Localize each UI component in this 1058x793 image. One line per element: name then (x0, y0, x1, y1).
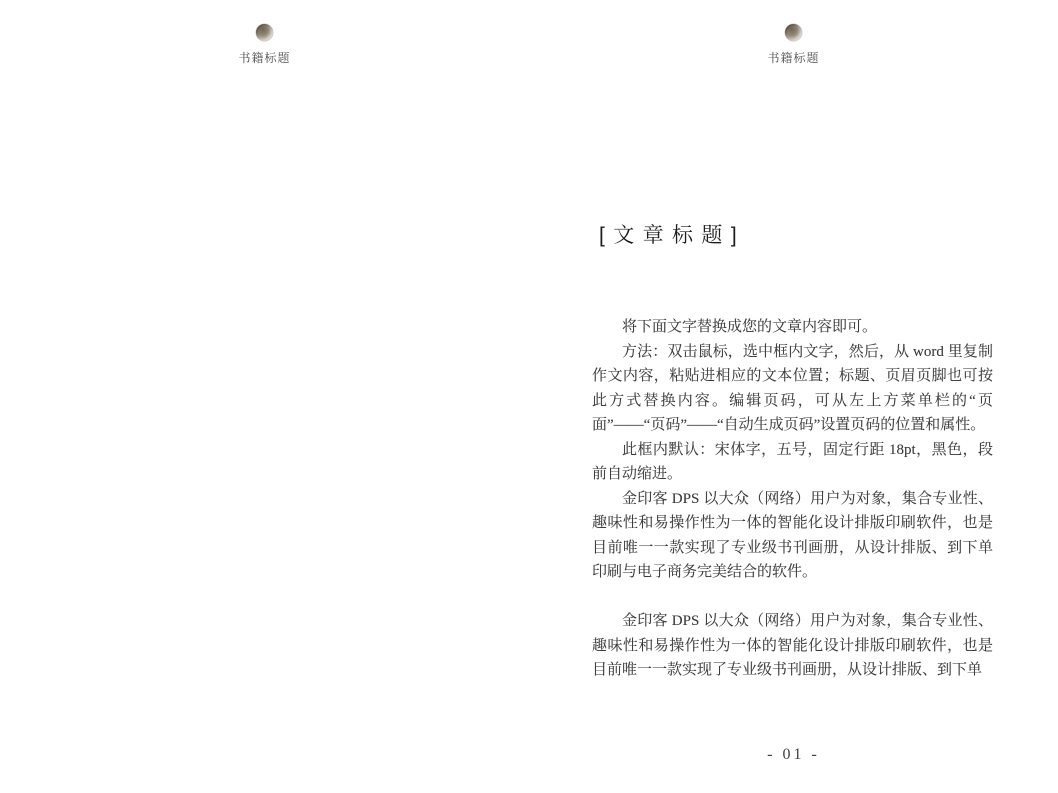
right-page: 书籍标题 [文章标题] 将下面文字替换成您的文章内容即可。 方法：双击鼠标，选中… (529, 0, 1058, 793)
body-paragraph: 金印客 DPS 以大众（网络）用户为对象，集合专业性、趣味性和易操作性为一体的智… (592, 487, 993, 585)
page-number: - 01 - (529, 746, 1058, 764)
body-paragraph: 方法：双击鼠标，选中框内文字，然后，从 word 里复制作文内容，粘贴进相应的文… (592, 340, 993, 438)
article-body: 将下面文字替换成您的文章内容即可。 方法：双击鼠标，选中框内文字，然后，从 wo… (592, 315, 993, 683)
publisher-seal-icon (256, 24, 273, 41)
book-title: 书籍标题 (0, 52, 529, 64)
article-title: [文章标题] (599, 219, 745, 249)
book-spread: 书籍标题 书籍标题 [文章标题] 将下面文字替换成您的文章内容即可。 方法：双击… (0, 0, 1058, 793)
left-page: 书籍标题 (0, 0, 529, 793)
right-page-header: 书籍标题 (529, 24, 1058, 64)
body-paragraph: 金印客 DPS 以大众（网络）用户为对象，集合专业性、趣味性和易操作性为一体的智… (592, 609, 993, 683)
book-title: 书籍标题 (529, 52, 1058, 64)
body-paragraph: 此框内默认：宋体字，五号，固定行距 18pt，黑色，段前自动缩进。 (592, 438, 993, 487)
body-paragraph: 将下面文字替换成您的文章内容即可。 (592, 315, 993, 340)
publisher-seal-icon (785, 24, 802, 41)
left-page-header: 书籍标题 (0, 24, 529, 64)
